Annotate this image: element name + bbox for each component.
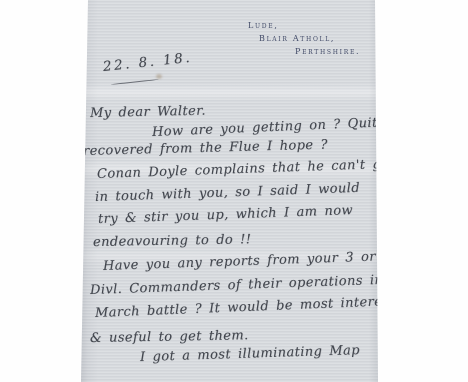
letter-line: try & stir you up, which I am now xyxy=(98,203,353,227)
letter-line: & useful to get them. xyxy=(90,328,249,346)
letter-line: Conan Doyle complains that he can't get xyxy=(97,157,395,182)
date-underline-stroke xyxy=(111,79,159,85)
letterhead-line-1: Lude, xyxy=(248,21,279,30)
letter-paper: Lude, Blair Atholl, Perthshire. 22. 8. 1… xyxy=(78,0,378,382)
letterhead-line-3: Perthshire. xyxy=(295,47,360,56)
letter-date: 22. 8. 18. xyxy=(102,50,193,75)
letter-line: March battle ? It would be most interest… xyxy=(95,293,418,321)
letter-line: endeavouring to do !! xyxy=(93,232,252,250)
letter-line: in touch with you, so I said I would xyxy=(95,181,360,205)
letterhead-line-2: Blair Atholl, xyxy=(259,34,335,43)
letter-line: Divl. Commanders of their operations in … xyxy=(90,272,413,298)
letter-scan: Lude, Blair Atholl, Perthshire. 22. 8. 1… xyxy=(0,0,468,382)
ink-smudge xyxy=(156,74,162,79)
letter-line: recovered from the Flue I hope ? xyxy=(83,138,328,159)
letter-line: Have you any reports from your 3 or 4 xyxy=(103,249,392,274)
letter-line-salutation: My dear Walter. xyxy=(90,104,206,121)
letter-line: I got a most illuminating Map xyxy=(140,343,360,365)
